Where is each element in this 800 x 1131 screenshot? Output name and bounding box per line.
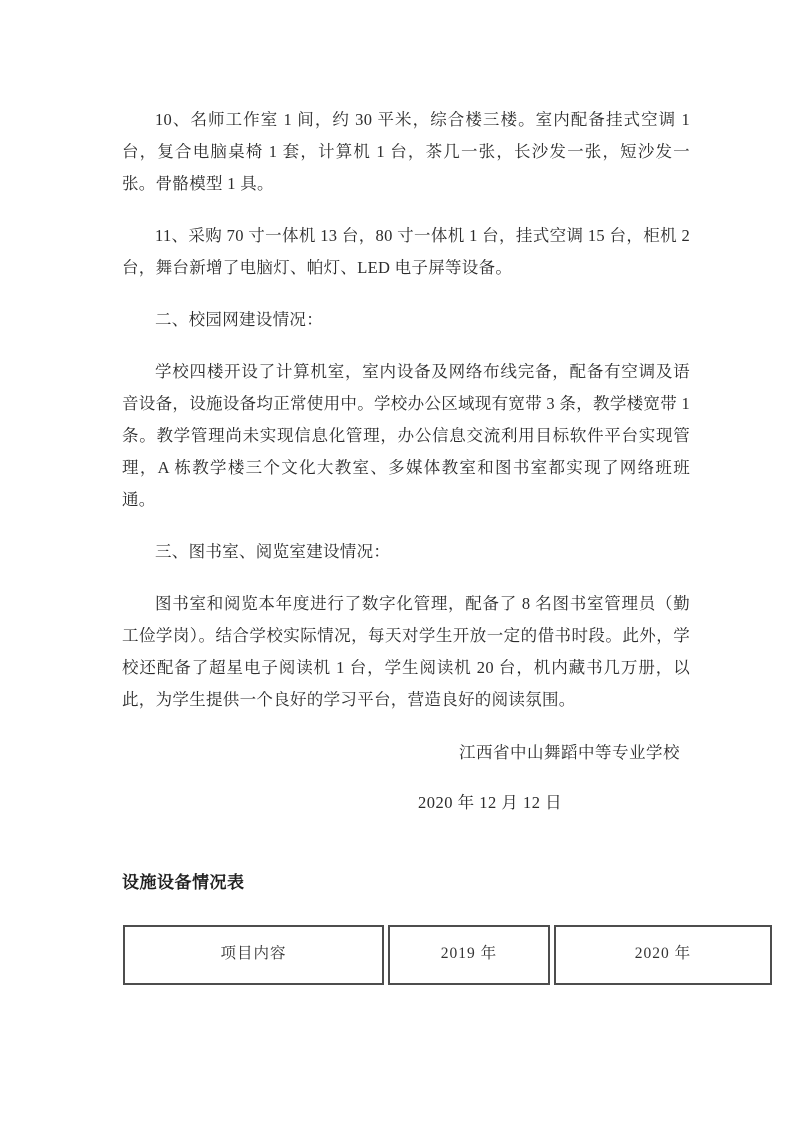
table-header-project-content: 项目内容 (123, 925, 384, 985)
paragraph-campus-network: 学校四楼开设了计算机室，室内设备及网络布线完备，配备有空调及语音设备，设施设备均… (122, 356, 690, 516)
paragraph-item-11: 11、采购 70 寸一体机 13 台，80 寸一体机 1 台，挂式空调 15 台… (122, 220, 690, 284)
paragraph-library: 图书室和阅览本年度进行了数字化管理，配备了 8 名图书室管理员（勤工俭学岗）。结… (122, 588, 690, 716)
table-header-year-2019: 2019 年 (388, 925, 550, 985)
paragraph-item-10: 10、名师工作室 1 间，约 30 平米，综合楼三楼。室内配备挂式空调 1 台，… (122, 104, 690, 200)
document-body: 10、名师工作室 1 间，约 30 平米，综合楼三楼。室内配备挂式空调 1 台，… (122, 104, 690, 736)
facilities-table: 项目内容 2019 年 2020 年 (123, 925, 772, 985)
signature-school-name: 江西省中山舞蹈中等专业学校 (459, 737, 680, 769)
table-section-title: 设施设备情况表 (122, 872, 245, 894)
section-heading-library: 三、图书室、阅览室建设情况： (122, 536, 690, 568)
document-page: 10、名师工作室 1 间，约 30 平米，综合楼三楼。室内配备挂式空调 1 台，… (0, 0, 800, 1131)
table-header-year-2020: 2020 年 (554, 925, 772, 985)
section-heading-campus-network: 二、校园网建设情况： (122, 304, 690, 336)
date-line: 2020 年 12 月 12 日 (418, 787, 562, 819)
